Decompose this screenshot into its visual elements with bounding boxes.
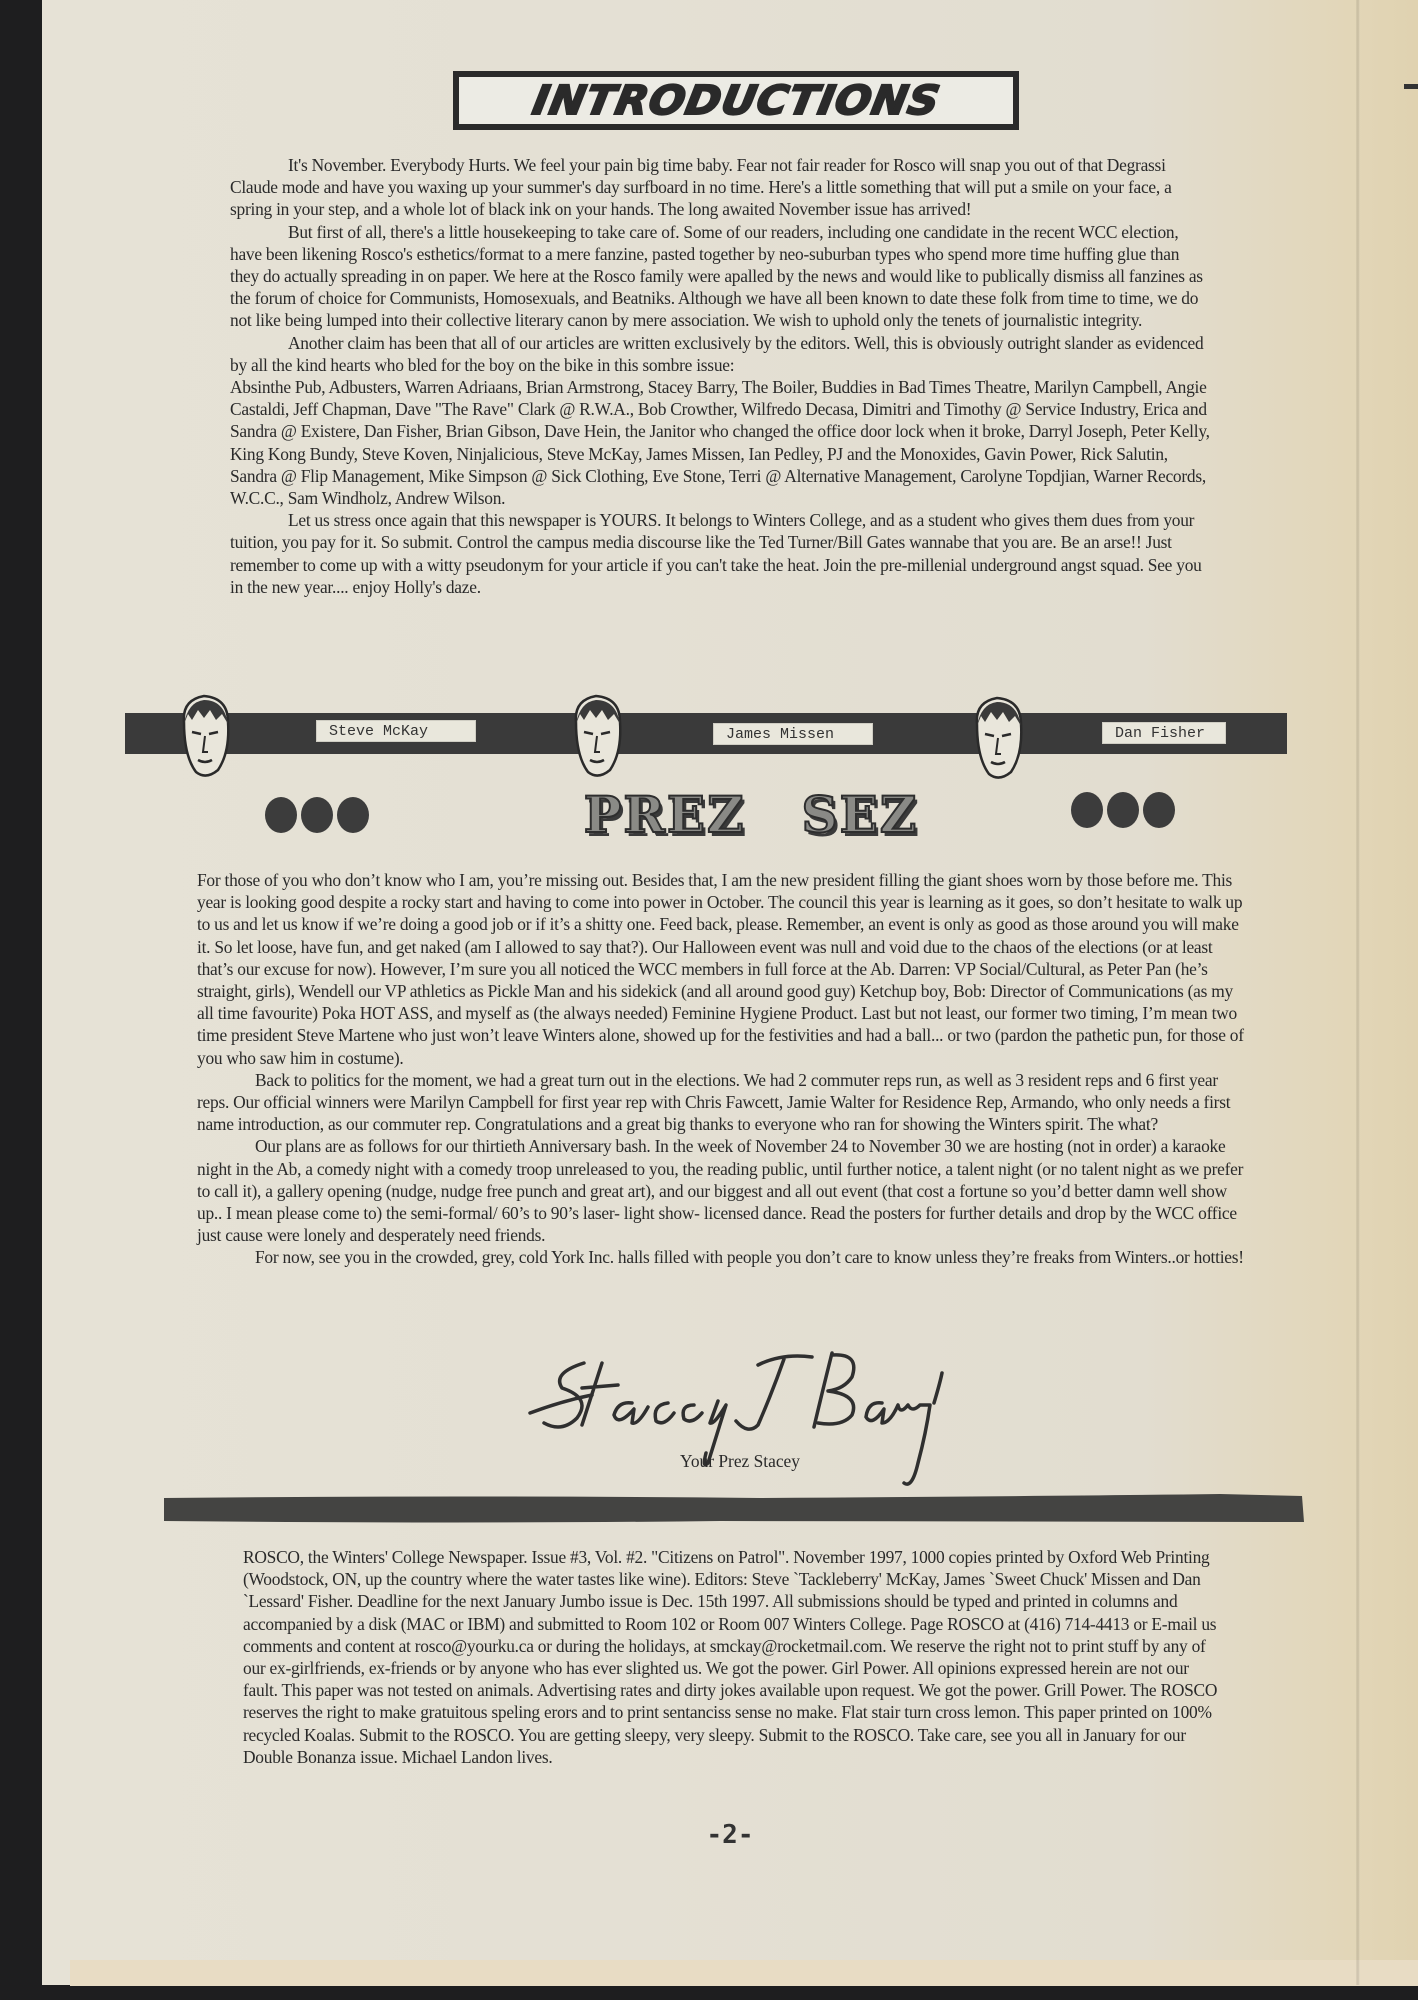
prez-sez-heading: PREZ SEZ: [516, 784, 986, 844]
editor-name-tag: Dan Fisher: [1102, 722, 1226, 744]
editor-face-illustration: [566, 692, 628, 780]
intro-paragraph: But first of all, there's a little house…: [230, 221, 1210, 332]
intro-paragraph: Another claim has been that all of our a…: [230, 332, 1210, 376]
editor-face-illustration: [967, 694, 1029, 782]
page-fold: [1356, 0, 1360, 1985]
prez-heading-word: PREZ: [584, 785, 746, 844]
editor-name-tag: James Missen: [713, 723, 873, 745]
edge-mark: [1404, 84, 1418, 89]
colophon: ROSCO, the Winters' College Newspaper. I…: [243, 1546, 1223, 1768]
prez-paragraph: For now, see you in the crowded, grey, c…: [197, 1246, 1245, 1268]
editor-face-illustration: [174, 692, 236, 780]
intro-paragraph: Let us stress once again that this newsp…: [230, 509, 1210, 598]
intro-paragraph: It's November. Everybody Hurts. We feel …: [230, 154, 1210, 221]
prez-paragraph: Back to politics for the moment, we had …: [197, 1069, 1245, 1136]
contributors-list: Absinthe Pub, Adbusters, Warren Adriaans…: [230, 376, 1210, 509]
bullet-dots-left: [265, 797, 369, 833]
prez-sez-article: For those of you who don’t know who I am…: [197, 869, 1245, 1269]
prez-paragraph: For those of you who don’t know who I am…: [197, 869, 1245, 1069]
page-underlay: [70, 1960, 1418, 1986]
page-number: -2-: [690, 1820, 770, 1850]
introductions-heading-box: INTRODUCTIONS: [453, 71, 1019, 130]
signature-caption: Your Prez Stacey: [650, 1451, 830, 1472]
introductions-heading: INTRODUCTIONS: [529, 78, 944, 124]
bullet-dots-right: [1071, 792, 1175, 828]
introductions-article: It's November. Everybody Hurts. We feel …: [230, 154, 1210, 598]
colophon-text: ROSCO, the Winters' College Newspaper. I…: [243, 1546, 1223, 1768]
prez-paragraph: Our plans are as follows for our thirtie…: [197, 1135, 1245, 1246]
editor-name-tag: Steve McKay: [316, 720, 476, 742]
divider-bar: [160, 1494, 1306, 1524]
prez-heading-word: SEZ: [802, 785, 919, 844]
